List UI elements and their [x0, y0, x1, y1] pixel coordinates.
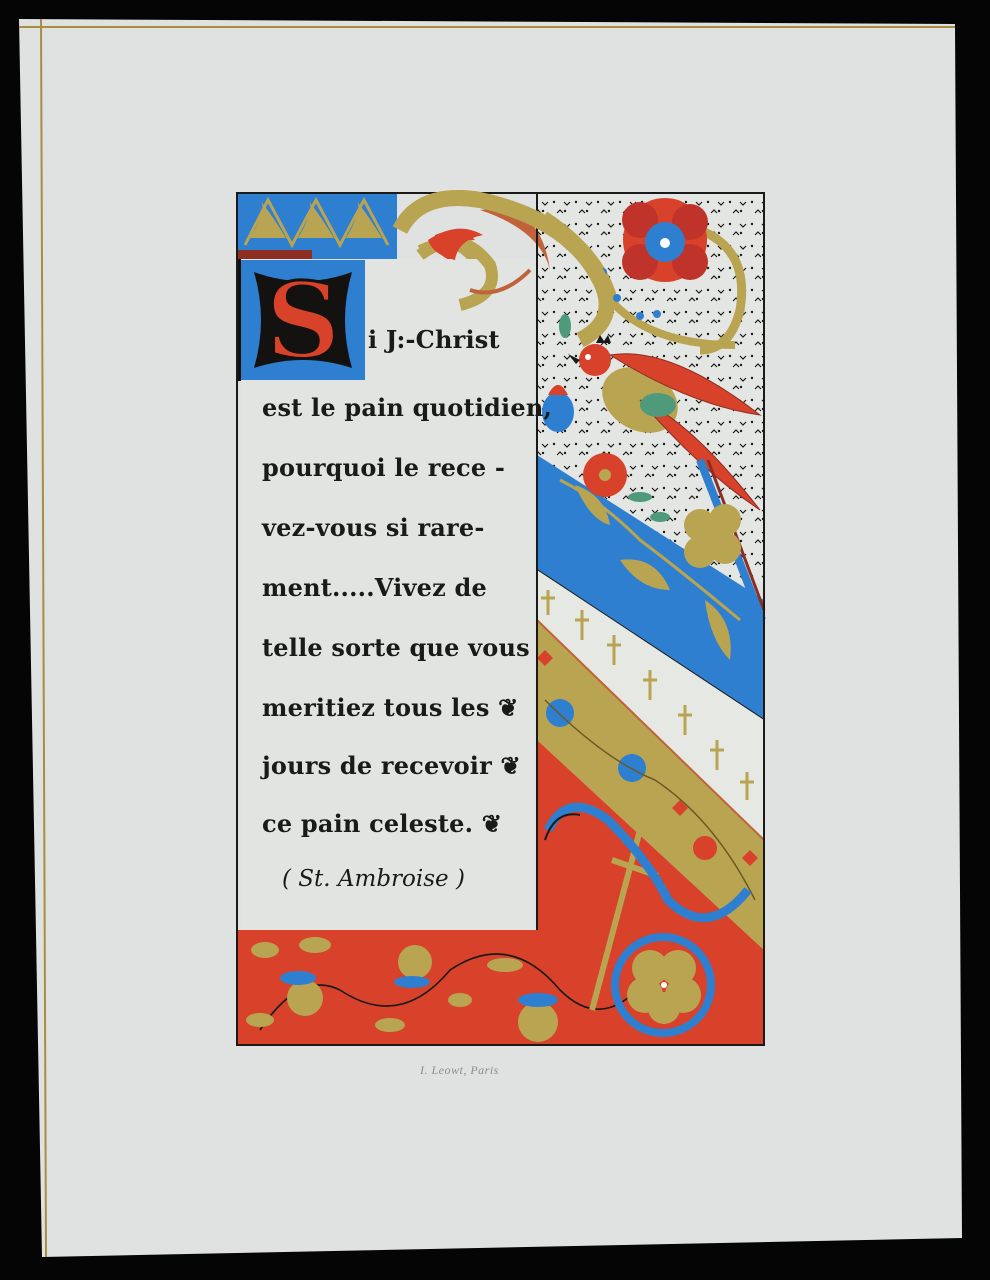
verse-line-8: jours de recevoir ❦: [262, 751, 532, 780]
verse-line-5: ment.....Vivez de: [262, 573, 532, 602]
verse-line-1: i J:-Christ: [368, 325, 638, 354]
printer-imprint: I. Leowt, Paris: [420, 1063, 499, 1078]
verse-line-7: meritiez tous les ❦: [262, 693, 532, 722]
verse-line-2: est le pain quotidien,: [262, 393, 532, 422]
verse-line-6: telle sorte que vous: [262, 633, 532, 662]
verse-line-4: vez-vous si rare-: [262, 513, 532, 542]
initial-letter: S: [250, 268, 356, 374]
verse-line-9: ce pain celeste. ❦: [262, 809, 532, 838]
attribution: ( St. Ambroise ): [282, 866, 465, 892]
verse-line-3: pourquoi le rece -: [262, 453, 532, 482]
red-flower: [622, 198, 708, 282]
